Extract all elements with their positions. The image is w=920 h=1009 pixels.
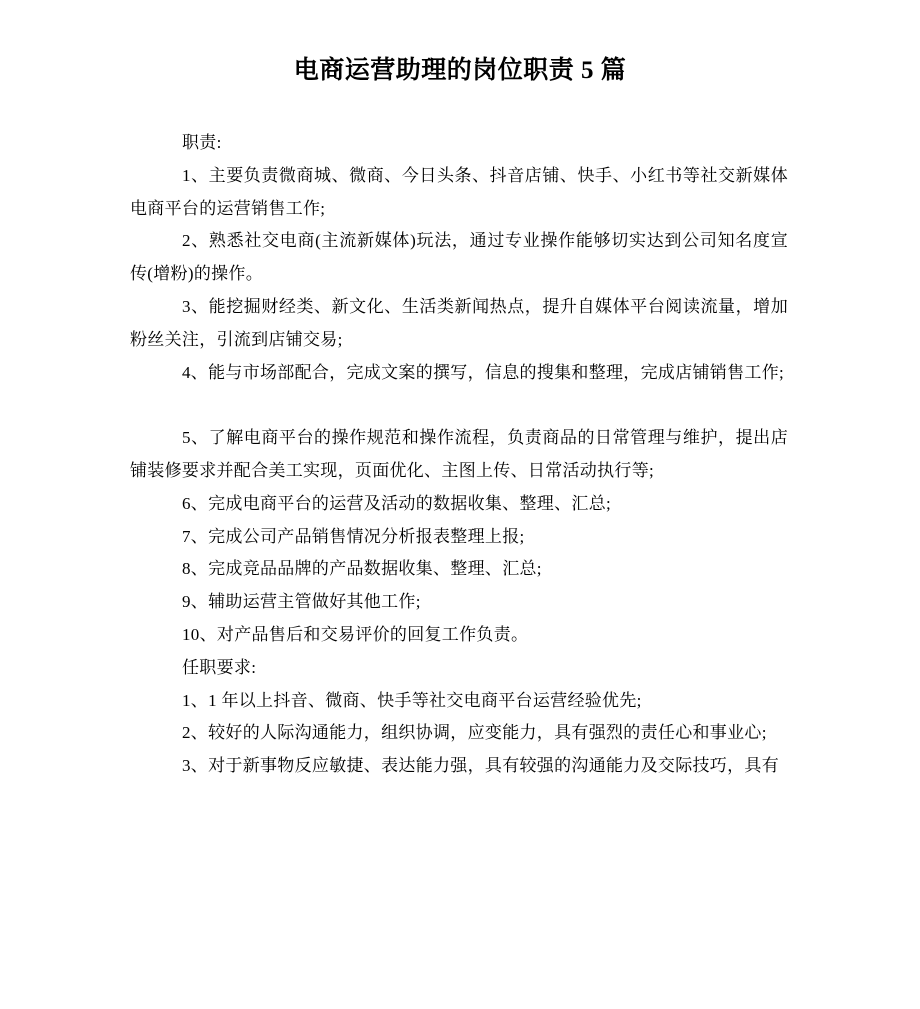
paragraph: 10、对产品售后和交易评价的回复工作负责。 — [130, 619, 788, 652]
document-title: 电商运营助理的岗位职责 5 篇 — [0, 0, 920, 87]
paragraph: 3、对于新事物反应敏捷、表达能力强，具有较强的沟通能力及交际技巧，具有 — [130, 750, 788, 783]
paragraph: 任职要求: — [130, 652, 788, 685]
paragraph — [130, 389, 788, 422]
paragraph: 9、辅助运营主管做好其他工作; — [130, 586, 788, 619]
paragraph: 2、较好的人际沟通能力，组织协调，应变能力，具有强烈的责任心和事业心; — [130, 717, 788, 750]
paragraph: 3、能挖掘财经类、新文化、生活类新闻热点，提升自媒体平台阅读流量，增加粉丝关注，… — [130, 291, 788, 357]
paragraph: 2、熟悉社交电商(主流新媒体)玩法，通过专业操作能够切实达到公司知名度宣传(增粉… — [130, 225, 788, 291]
paragraph: 职责: — [130, 127, 788, 160]
paragraph: 7、完成公司产品销售情况分析报表整理上报; — [130, 521, 788, 554]
paragraph: 6、完成电商平台的运营及活动的数据收集、整理、汇总; — [130, 488, 788, 521]
paragraph: 8、完成竞品品牌的产品数据收集、整理、汇总; — [130, 553, 788, 586]
document-body: 职责:1、主要负责微商城、微商、今日头条、抖音店铺、快手、小红书等社交新媒体电商… — [130, 127, 788, 783]
paragraph: 4、能与市场部配合，完成文案的撰写，信息的搜集和整理，完成店铺销售工作; — [130, 357, 788, 390]
document-page: 电商运营助理的岗位职责 5 篇 职责:1、主要负责微商城、微商、今日头条、抖音店… — [0, 0, 920, 1009]
paragraph: 5、了解电商平台的操作规范和操作流程，负责商品的日常管理与维护，提出店铺装修要求… — [130, 422, 788, 488]
paragraph: 1、1 年以上抖音、微商、快手等社交电商平台运营经验优先; — [130, 685, 788, 718]
paragraph: 1、主要负责微商城、微商、今日头条、抖音店铺、快手、小红书等社交新媒体电商平台的… — [130, 160, 788, 226]
